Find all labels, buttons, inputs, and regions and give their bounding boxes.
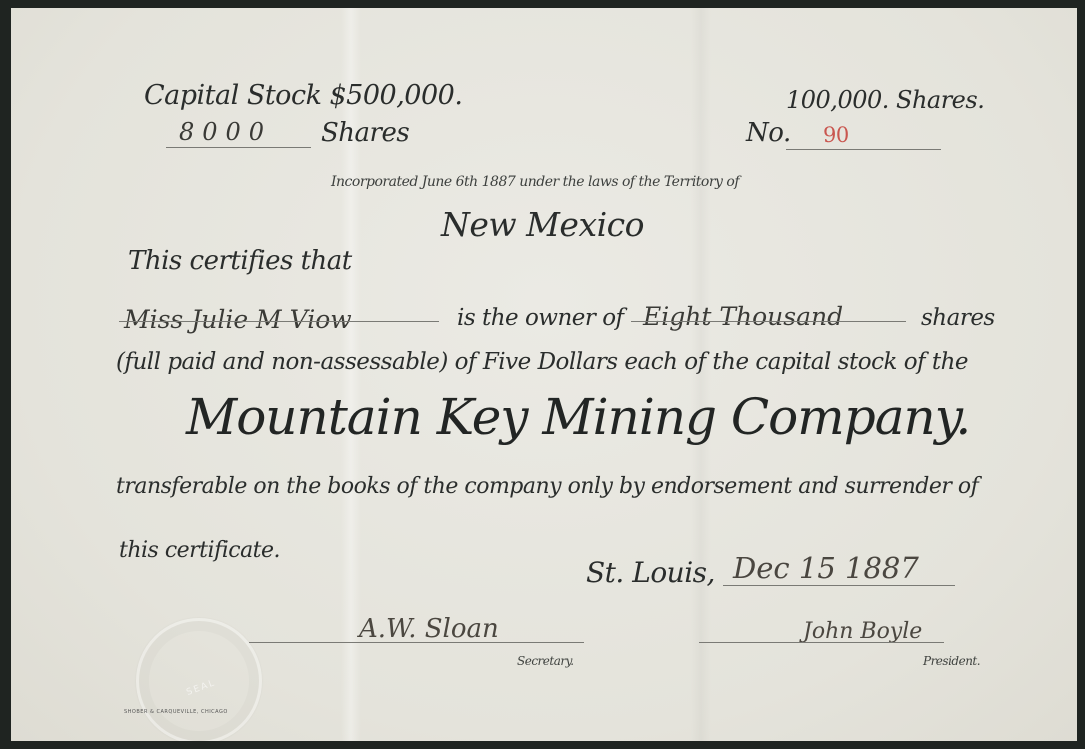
issue-city: St. Louis, xyxy=(586,556,715,589)
shares-in-words-line xyxy=(631,321,906,322)
issue-date-line xyxy=(723,585,955,586)
embossed-seal xyxy=(136,618,262,741)
perforated-edge xyxy=(11,8,15,741)
certificate-number: 90 xyxy=(823,123,849,147)
transferable-text: transferable on the books of the company… xyxy=(116,474,978,499)
secretary-signature: A.W. Sloan xyxy=(359,614,499,644)
full-paid-text: (full paid and non-assessable) of Five D… xyxy=(116,349,968,375)
printer-imprint: SHOBER & CARQUEVILLE, CHICAGO xyxy=(124,709,228,715)
owner-of-text: is the owner of xyxy=(457,305,624,331)
shares-count: 8000 xyxy=(179,118,272,146)
secretary-label: Secretary. xyxy=(517,654,574,668)
certifies-text: This certifies that xyxy=(128,246,352,276)
shares-count-line xyxy=(166,147,311,148)
shares-in-words: Eight Thousand xyxy=(643,302,843,331)
president-signature: John Boyle xyxy=(803,619,922,644)
company-name: Mountain Key Mining Company. xyxy=(186,388,970,446)
certificate-number-label: No. xyxy=(746,118,791,148)
total-shares: 100,000. Shares. xyxy=(786,86,984,114)
stock-certificate: Capital Stock $500,000. 100,000. Shares.… xyxy=(11,8,1077,741)
territory-name: New Mexico xyxy=(441,205,644,244)
certificate-number-line xyxy=(786,149,941,150)
shares-suffix: shares xyxy=(921,305,995,331)
owner-name: Miss Julie M Viow xyxy=(124,305,352,334)
this-certificate-text: this certificate. xyxy=(119,538,280,563)
president-signature-line xyxy=(699,642,944,643)
owner-name-line xyxy=(119,321,439,322)
secretary-signature-line xyxy=(249,642,584,643)
issue-date: Dec 15 1887 xyxy=(733,551,919,585)
capital-stock: Capital Stock $500,000. xyxy=(144,80,462,111)
shares-label: Shares xyxy=(321,118,409,148)
president-label: President. xyxy=(923,654,980,668)
incorporation-text: Incorporated June 6th 1887 under the law… xyxy=(331,174,739,190)
